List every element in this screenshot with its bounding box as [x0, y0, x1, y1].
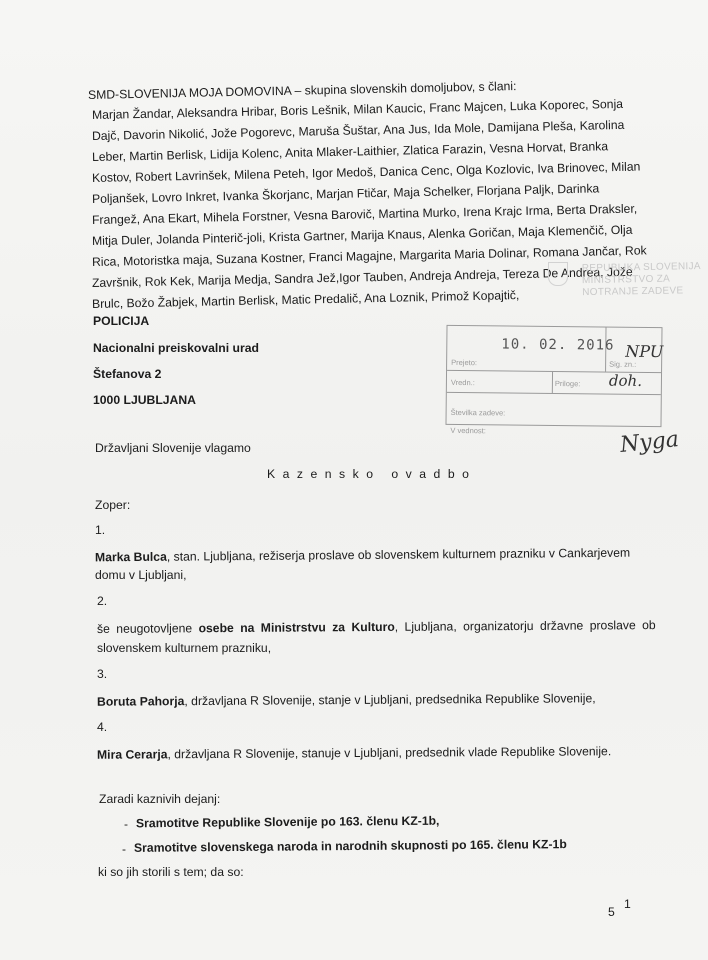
accused-item: Boruta Pahorja, državljana R Slovenije, …: [97, 691, 596, 708]
handwritten-sign: NPU: [625, 342, 663, 361]
recipient-line: POLICIJA: [93, 314, 149, 328]
zoper-label: Zoper:: [95, 498, 130, 512]
members-line: Frangež, Ana Ekart, Mihela Forstner, Ves…: [92, 202, 637, 227]
members-line: Dajč, Davorin Nikolić, Jože Pogorevc, Ma…: [92, 118, 625, 143]
recipient-line: Nacionalni preiskovalni urad: [93, 341, 259, 355]
ministry-stamp: REPUBLIKA SLOVENIJA MINISTRSTVO ZA NOTRA…: [582, 261, 708, 299]
accused-item: Marka Bulca, stan. Ljubljana, režiserja …: [95, 546, 630, 565]
received-date: 10. 02. 2016: [501, 336, 614, 353]
receipt-stamp: 10. 02. 2016 Prejeto: Sig. zn.: NPU Vred…: [445, 325, 662, 427]
recipient-line: Štefanova 2: [93, 367, 161, 381]
accused-item: Mira Cerarja, državljana R Slovenije, st…: [97, 744, 611, 762]
zaradi-label: Zaradi kaznivih dejanj:: [99, 792, 220, 806]
organization-header: SMD-SLOVENIJA MOJA DOMOVINA – skupina sl…: [88, 79, 517, 102]
intro-text: Državljani Slovenije vlagamo: [95, 441, 251, 455]
handwritten-signature: Nyga: [619, 427, 680, 458]
page-number: 1: [624, 897, 631, 911]
page-number: 5: [608, 905, 615, 919]
crest-icon: [548, 262, 568, 286]
members-line: Kostov, Robert Lavrinšek, Milena Peteh, …: [92, 160, 641, 185]
document-title: Kazensko ovadbo: [267, 467, 476, 481]
members-line: Marjan Žandar, Aleksandra Hribar, Boris …: [92, 97, 623, 122]
document-page: SMD-SLOVENIJA MOJA DOMOVINA – skupina sl…: [0, 0, 708, 960]
accused-item: še neugotovljene osebe na Ministrstvu za…: [97, 618, 656, 636]
members-line: Brulc, Božo Žabjek, Martin Berlisk, Mati…: [92, 288, 520, 311]
members-line: Leber, Martin Berlisk, Lidija Kolenc, An…: [92, 139, 608, 164]
offense-item: Sramotitve Republike Slovenije po 163. č…: [136, 814, 440, 831]
recipient-line: 1000 LJUBLJANA: [93, 393, 196, 407]
offense-item: Sramotitve slovenskega naroda in narodni…: [134, 837, 567, 855]
closing-text: ki so jih storili s tem; da so:: [98, 865, 244, 879]
members-line: Poljanšek, Lovro Inkret, Ivanka Škorjanc…: [92, 181, 600, 206]
members-line: Mitja Duler, Jolanda Pinterič-joli, Kris…: [92, 223, 633, 248]
handwritten-priloge: doh.: [609, 372, 642, 390]
